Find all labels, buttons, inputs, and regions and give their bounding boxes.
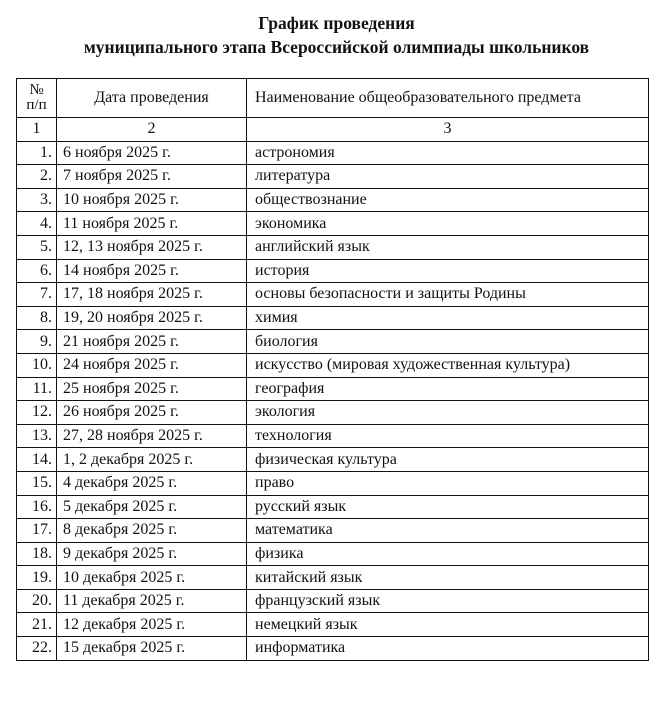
- table-row: 4.11 ноября 2025 г.экономика: [17, 212, 649, 236]
- table-row: 11.25 ноября 2025 г.география: [17, 377, 649, 401]
- row-number: 18.: [17, 542, 57, 566]
- row-number: 20.: [17, 589, 57, 613]
- row-date: 7 ноября 2025 г.: [57, 165, 247, 189]
- row-number: 2.: [17, 165, 57, 189]
- row-number: 7.: [17, 283, 57, 307]
- table-row: 17.8 декабря 2025 г.математика: [17, 519, 649, 543]
- table-row: 21.12 декабря 2025 г.немецкий язык: [17, 613, 649, 637]
- row-subject: экология: [247, 401, 649, 425]
- table-row: 2.7 ноября 2025 г.литература: [17, 165, 649, 189]
- table-row: 12.26 ноября 2025 г.экология: [17, 401, 649, 425]
- row-date: 27, 28 ноября 2025 г.: [57, 424, 247, 448]
- table-row: 22.15 декабря 2025 г.информатика: [17, 637, 649, 661]
- row-number: 15.: [17, 471, 57, 495]
- row-subject: искусство (мировая художественная культу…: [247, 353, 649, 377]
- row-date: 15 декабря 2025 г.: [57, 637, 247, 661]
- row-date: 12 декабря 2025 г.: [57, 613, 247, 637]
- row-subject: астрономия: [247, 141, 649, 165]
- row-subject: география: [247, 377, 649, 401]
- row-date: 4 декабря 2025 г.: [57, 471, 247, 495]
- table-row: 8.19, 20 ноября 2025 г.химия: [17, 306, 649, 330]
- row-date: 11 декабря 2025 г.: [57, 589, 247, 613]
- row-number: 19.: [17, 566, 57, 590]
- row-subject: математика: [247, 519, 649, 543]
- row-number: 5.: [17, 235, 57, 259]
- row-subject: английский язык: [247, 235, 649, 259]
- row-date: 10 декабря 2025 г.: [57, 566, 247, 590]
- row-number: 1.: [17, 141, 57, 165]
- table-row: 13.27, 28 ноября 2025 г.технология: [17, 424, 649, 448]
- row-date: 9 декабря 2025 г.: [57, 542, 247, 566]
- row-number: 12.: [17, 401, 57, 425]
- table-row: 1.6 ноября 2025 г.астрономия: [17, 141, 649, 165]
- table-row: 5.12, 13 ноября 2025 г.английский язык: [17, 235, 649, 259]
- row-date: 10 ноября 2025 г.: [57, 188, 247, 212]
- row-date: 14 ноября 2025 г.: [57, 259, 247, 283]
- table-row: 15.4 декабря 2025 г.право: [17, 471, 649, 495]
- row-number: 3.: [17, 188, 57, 212]
- table-row: 19.10 декабря 2025 г.китайский язык: [17, 566, 649, 590]
- row-date: 8 декабря 2025 г.: [57, 519, 247, 543]
- row-number: 9.: [17, 330, 57, 354]
- column-number-row: 1 2 3: [17, 118, 649, 142]
- document-title-line1: График проведения: [6, 11, 661, 35]
- row-subject: технология: [247, 424, 649, 448]
- header-subject: Наименование общеобразовательного предме…: [247, 79, 649, 118]
- row-subject: химия: [247, 306, 649, 330]
- row-number: 6.: [17, 259, 57, 283]
- row-number: 11.: [17, 377, 57, 401]
- table-row: 18.9 декабря 2025 г.физика: [17, 542, 649, 566]
- row-number: 16.: [17, 495, 57, 519]
- row-number: 4.: [17, 212, 57, 236]
- row-date: 25 ноября 2025 г.: [57, 377, 247, 401]
- row-subject: литература: [247, 165, 649, 189]
- row-number: 14.: [17, 448, 57, 472]
- row-date: 19, 20 ноября 2025 г.: [57, 306, 247, 330]
- row-date: 17, 18 ноября 2025 г.: [57, 283, 247, 307]
- row-date: 5 декабря 2025 г.: [57, 495, 247, 519]
- row-date: 11 ноября 2025 г.: [57, 212, 247, 236]
- row-date: 6 ноября 2025 г.: [57, 141, 247, 165]
- row-subject: физика: [247, 542, 649, 566]
- header-number-pp: п/п: [26, 97, 46, 113]
- row-subject: экономика: [247, 212, 649, 236]
- row-number: 13.: [17, 424, 57, 448]
- row-subject: русский язык: [247, 495, 649, 519]
- row-date: 21 ноября 2025 г.: [57, 330, 247, 354]
- row-subject: физическая культура: [247, 448, 649, 472]
- header-number-sign: №: [29, 82, 43, 98]
- row-date: 1, 2 декабря 2025 г.: [57, 448, 247, 472]
- row-number: 17.: [17, 519, 57, 543]
- row-subject: история: [247, 259, 649, 283]
- document-title-line2: муниципального этапа Всероссийской олимп…: [6, 35, 661, 59]
- column-number-3: 3: [247, 118, 649, 142]
- row-subject: обществознание: [247, 188, 649, 212]
- column-number-2: 2: [57, 118, 247, 142]
- row-subject: французский язык: [247, 589, 649, 613]
- row-number: 10.: [17, 353, 57, 377]
- table-row: 3.10 ноября 2025 г.обществознание: [17, 188, 649, 212]
- header-number: № п/п: [17, 79, 57, 118]
- row-subject: информатика: [247, 637, 649, 661]
- header-row: № п/п Дата проведения Наименование общео…: [17, 79, 649, 118]
- row-number: 8.: [17, 306, 57, 330]
- header-date: Дата проведения: [57, 79, 247, 118]
- row-date: 26 ноября 2025 г.: [57, 401, 247, 425]
- table-row: 20.11 декабря 2025 г.французский язык: [17, 589, 649, 613]
- row-subject: основы безопасности и защиты Родины: [247, 283, 649, 307]
- table-row: 6.14 ноября 2025 г.история: [17, 259, 649, 283]
- row-number: 22.: [17, 637, 57, 661]
- row-subject: право: [247, 471, 649, 495]
- column-number-1: 1: [17, 118, 57, 142]
- table-row: 9.21 ноября 2025 г.биология: [17, 330, 649, 354]
- table-row: 14.1, 2 декабря 2025 г.физическая культу…: [17, 448, 649, 472]
- table-row: 16.5 декабря 2025 г.русский язык: [17, 495, 649, 519]
- row-number: 21.: [17, 613, 57, 637]
- table-row: 10.24 ноября 2025 г.искусство (мировая х…: [17, 353, 649, 377]
- row-subject: немецкий язык: [247, 613, 649, 637]
- row-subject: китайский язык: [247, 566, 649, 590]
- row-date: 12, 13 ноября 2025 г.: [57, 235, 247, 259]
- row-subject: биология: [247, 330, 649, 354]
- row-date: 24 ноября 2025 г.: [57, 353, 247, 377]
- olympiad-schedule-table: № п/п Дата проведения Наименование общео…: [16, 78, 649, 661]
- table-row: 7.17, 18 ноября 2025 г.основы безопаснос…: [17, 283, 649, 307]
